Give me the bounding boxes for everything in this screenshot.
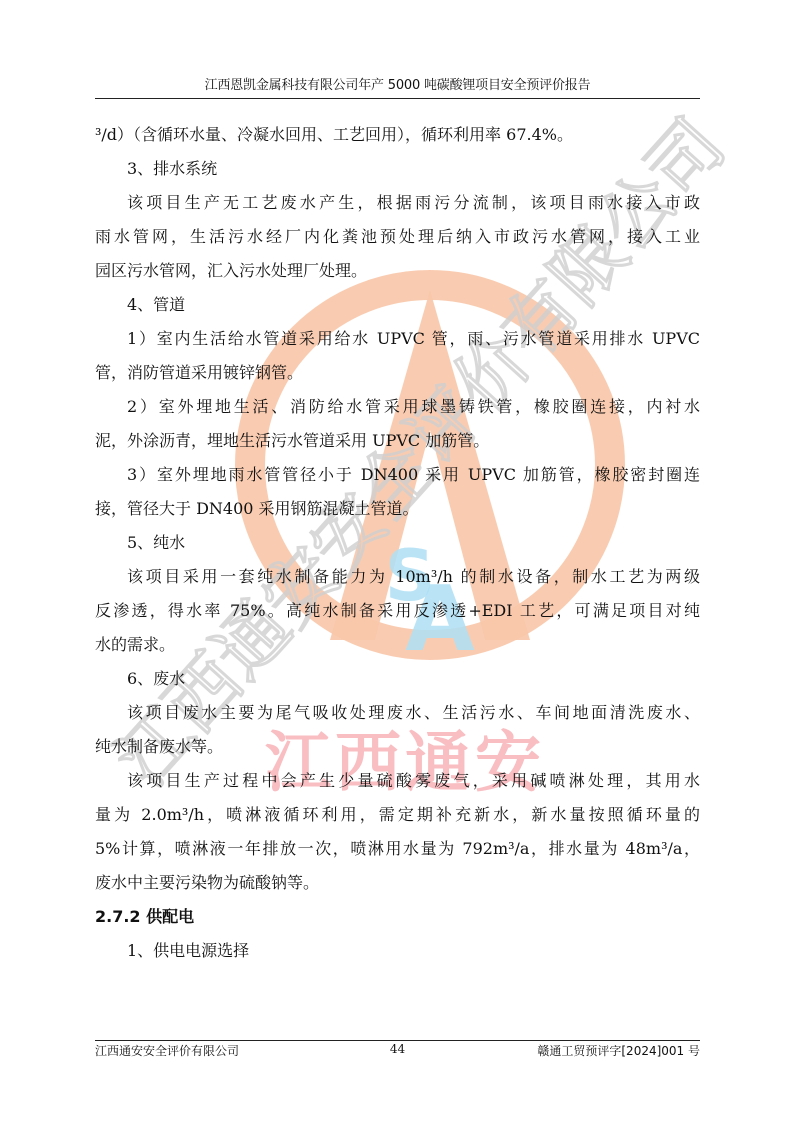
- paragraph-line: 2）室外埋地生活、消防给水管采用球墨铸铁管，橡胶圈连接，内衬水: [95, 390, 700, 424]
- paragraph-line: 该项目采用一套纯水制备能力为 10m³/h 的制水设备，制水工艺为两级: [95, 560, 700, 594]
- paragraph-line: 3）室外埋地雨水管管径小于 DN400 采用 UPVC 加筋管，橡胶密封圈连: [95, 458, 700, 492]
- paragraph-line: 量为 2.0m³/h，喷淋液循环利用，需定期补充新水，新水量按照循环量的: [95, 798, 700, 832]
- section-heading: 3、排水系统: [95, 152, 700, 186]
- paragraph-line: 水的需求。: [95, 628, 700, 662]
- footer-doc-number: 赣通工贸预评字[2024]001 号: [537, 1042, 700, 1059]
- footer-divider: [95, 1040, 700, 1041]
- section-heading: 5、纯水: [95, 526, 700, 560]
- section-heading: 6、废水: [95, 662, 700, 696]
- section-heading: 4、管道: [95, 288, 700, 322]
- header-divider: [95, 98, 700, 99]
- subsection-title: 2.7.2 供配电: [95, 900, 700, 934]
- paragraph-line: 管，消防管道采用镀锌钢管。: [95, 356, 700, 390]
- paragraph-line: 该项目生产无工艺废水产生，根据雨污分流制，该项目雨水接入市政: [95, 186, 700, 220]
- paragraph-line: 泥，外涂沥青，埋地生活污水管道采用 UPVC 加筋管。: [95, 424, 700, 458]
- paragraph-line: 该项目生产过程中会产生少量硫酸雾废气，采用碱喷淋处理，其用水: [95, 764, 700, 798]
- page-footer: 江西通安安全评价有限公司 44 赣通工贸预评字[2024]001 号: [95, 1042, 700, 1058]
- paragraph-line: 1）室内生活给水管道采用给水 UPVC 管，雨、污水管道采用排水 UPVC: [95, 322, 700, 356]
- document-body: ³/d）（含循环水量、冷凝水回用、工艺回用），循环利用率 67.4%。 3、排水…: [95, 118, 700, 968]
- paragraph-line: 该项目废水主要为尾气吸收处理废水、生活污水、车间地面清洗废水、: [95, 696, 700, 730]
- paragraph-line: ³/d）（含循环水量、冷凝水回用、工艺回用），循环利用率 67.4%。: [95, 118, 700, 152]
- paragraph-line: 雨水管网，生活污水经厂内化粪池预处理后纳入市政污水管网，接入工业: [95, 220, 700, 254]
- paragraph-line: 园区污水管网，汇入污水处理厂处理。: [95, 254, 700, 288]
- paragraph-line: 接，管径大于 DN400 采用钢筋混凝土管道。: [95, 492, 700, 526]
- paragraph-line: 5%计算，喷淋液一年排放一次，喷淋用水量为 792m³/a，排水量为 48m³/…: [95, 832, 700, 866]
- paragraph-line: 纯水制备废水等。: [95, 730, 700, 764]
- paragraph-line: 废水中主要污染物为硫酸钠等。: [95, 866, 700, 900]
- section-heading: 1、供电电源选择: [95, 934, 700, 968]
- paragraph-line: 反渗透，得水率 75%。高纯水制备采用反渗透+EDI 工艺，可满足项目对纯: [95, 594, 700, 628]
- running-header: 江西恩凯金属科技有限公司年产 5000 吨碳酸锂项目安全预评价报告: [95, 74, 700, 93]
